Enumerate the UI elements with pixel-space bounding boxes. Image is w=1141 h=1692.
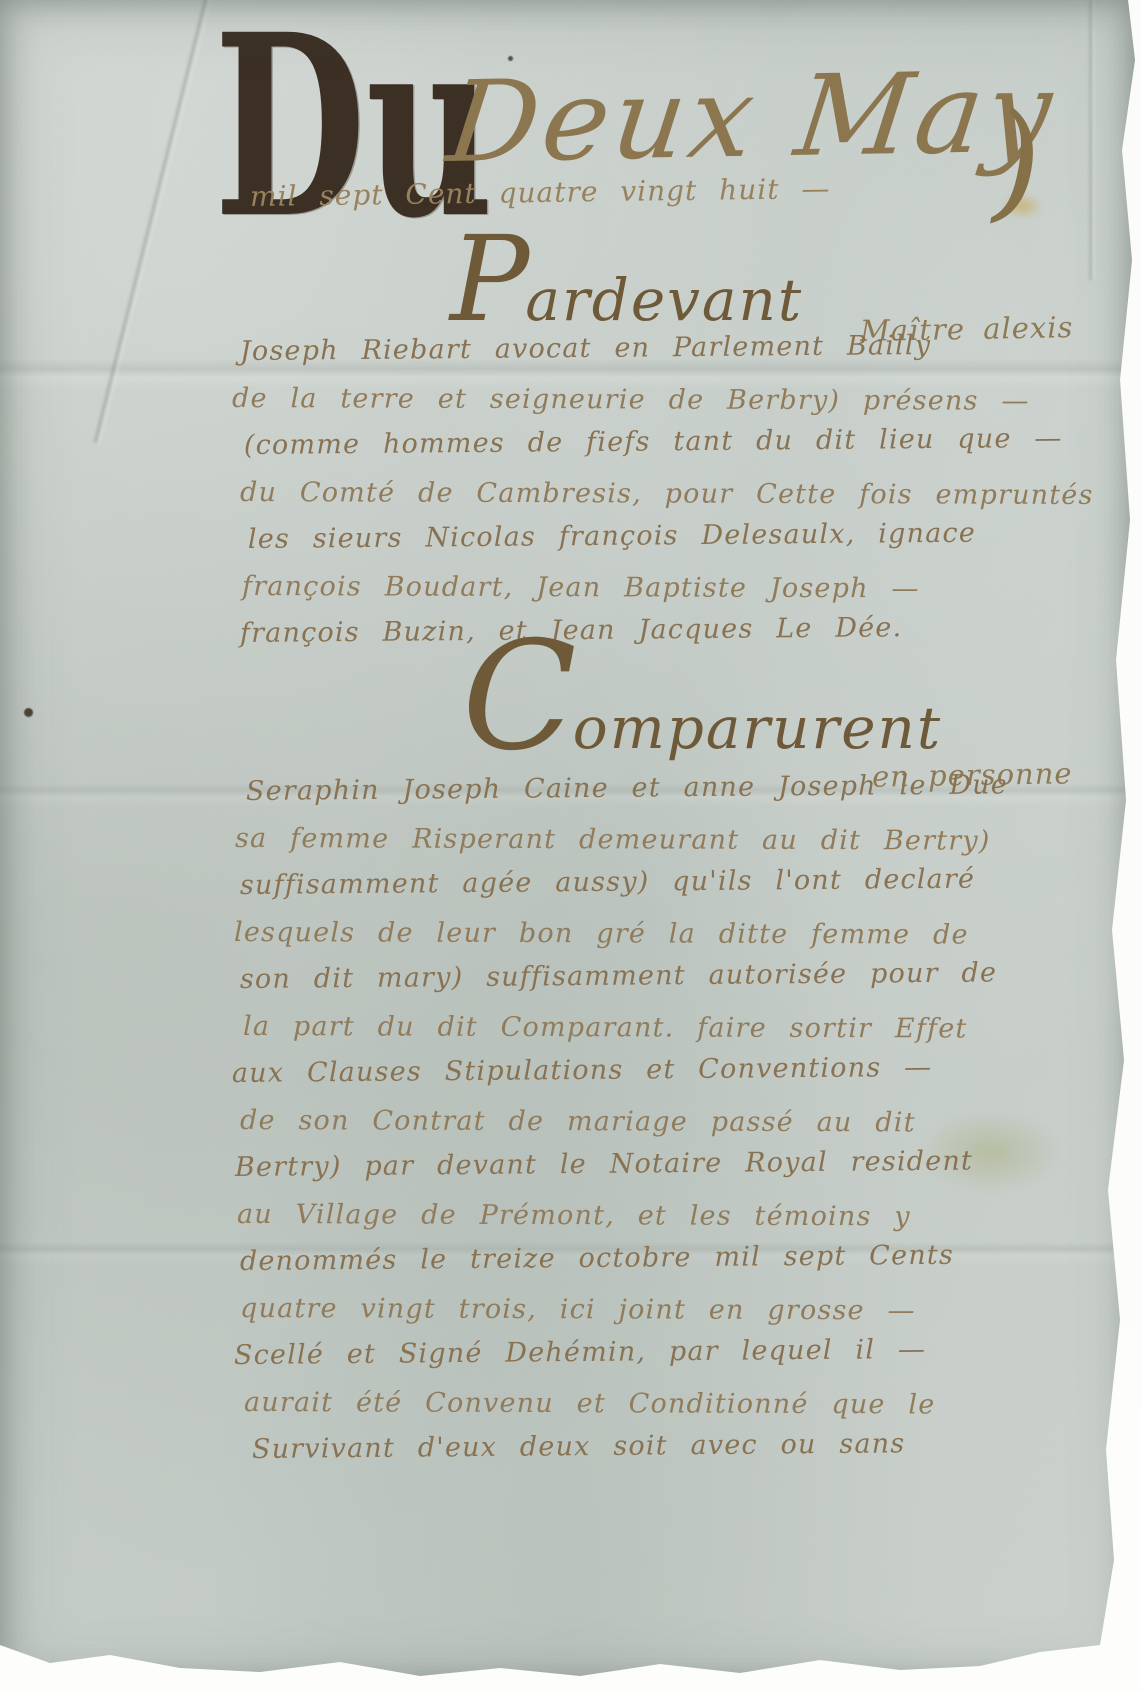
manuscript-line: les sieurs Nicolas françois Delesaulx, i… [248, 516, 1120, 571]
heading-comparurent-rest: omparurent [573, 694, 942, 762]
heading-comparurent-initial: C [462, 630, 573, 765]
manuscript-line: suffisamment agée aussy) qu'ils l'ont de… [240, 862, 1120, 917]
manuscript-line: Scellé et Signé Dehémin, par lequel il — [234, 1332, 1120, 1387]
manuscript-line: Survivant d'eux deux soit avec ou sans [252, 1426, 1120, 1481]
paper-hole-spot [24, 708, 33, 717]
manuscript-line: denommés le treize octobre mil sept Cent… [240, 1238, 1120, 1293]
manuscript-line: aux Clauses Stipulations et Conventions … [232, 1050, 1120, 1105]
manuscript-line: (comme hommes de fiefs tant du dit lieu … [244, 422, 1120, 477]
paper-crease-diagonal [92, 0, 218, 444]
manuscript-line: son dit mary) suffisamment autorisée pou… [240, 956, 1120, 1011]
heading-comparurent: Comparurent [462, 630, 942, 765]
manuscript-page: Du Deux May ) mil sept Cent quatre vingt… [0, 0, 1141, 1692]
manuscript-line: Bertry) par devant le Notaire Royal resi… [235, 1144, 1120, 1199]
manuscript-line: Seraphin Joseph Caine et anne Joseph le … [246, 768, 1120, 823]
scanner-background: Du Deux May ) mil sept Cent quatre vingt… [0, 0, 1141, 1692]
paragraph-comparurent: Seraphin Joseph Caine et anne Joseph le … [240, 776, 1120, 1481]
manuscript-line: Joseph Riebart avocat en Parlement Baill… [240, 328, 1120, 383]
paper-crease-vertical [1088, 0, 1096, 280]
heading-pardevant-rest: ardevant [525, 266, 803, 334]
heading-pardevant: Pardevant [450, 226, 803, 334]
heading-pardevant-initial: P [450, 226, 525, 332]
paragraph-pardevant: Joseph Riebart avocat en Parlement Baill… [240, 336, 1120, 665]
